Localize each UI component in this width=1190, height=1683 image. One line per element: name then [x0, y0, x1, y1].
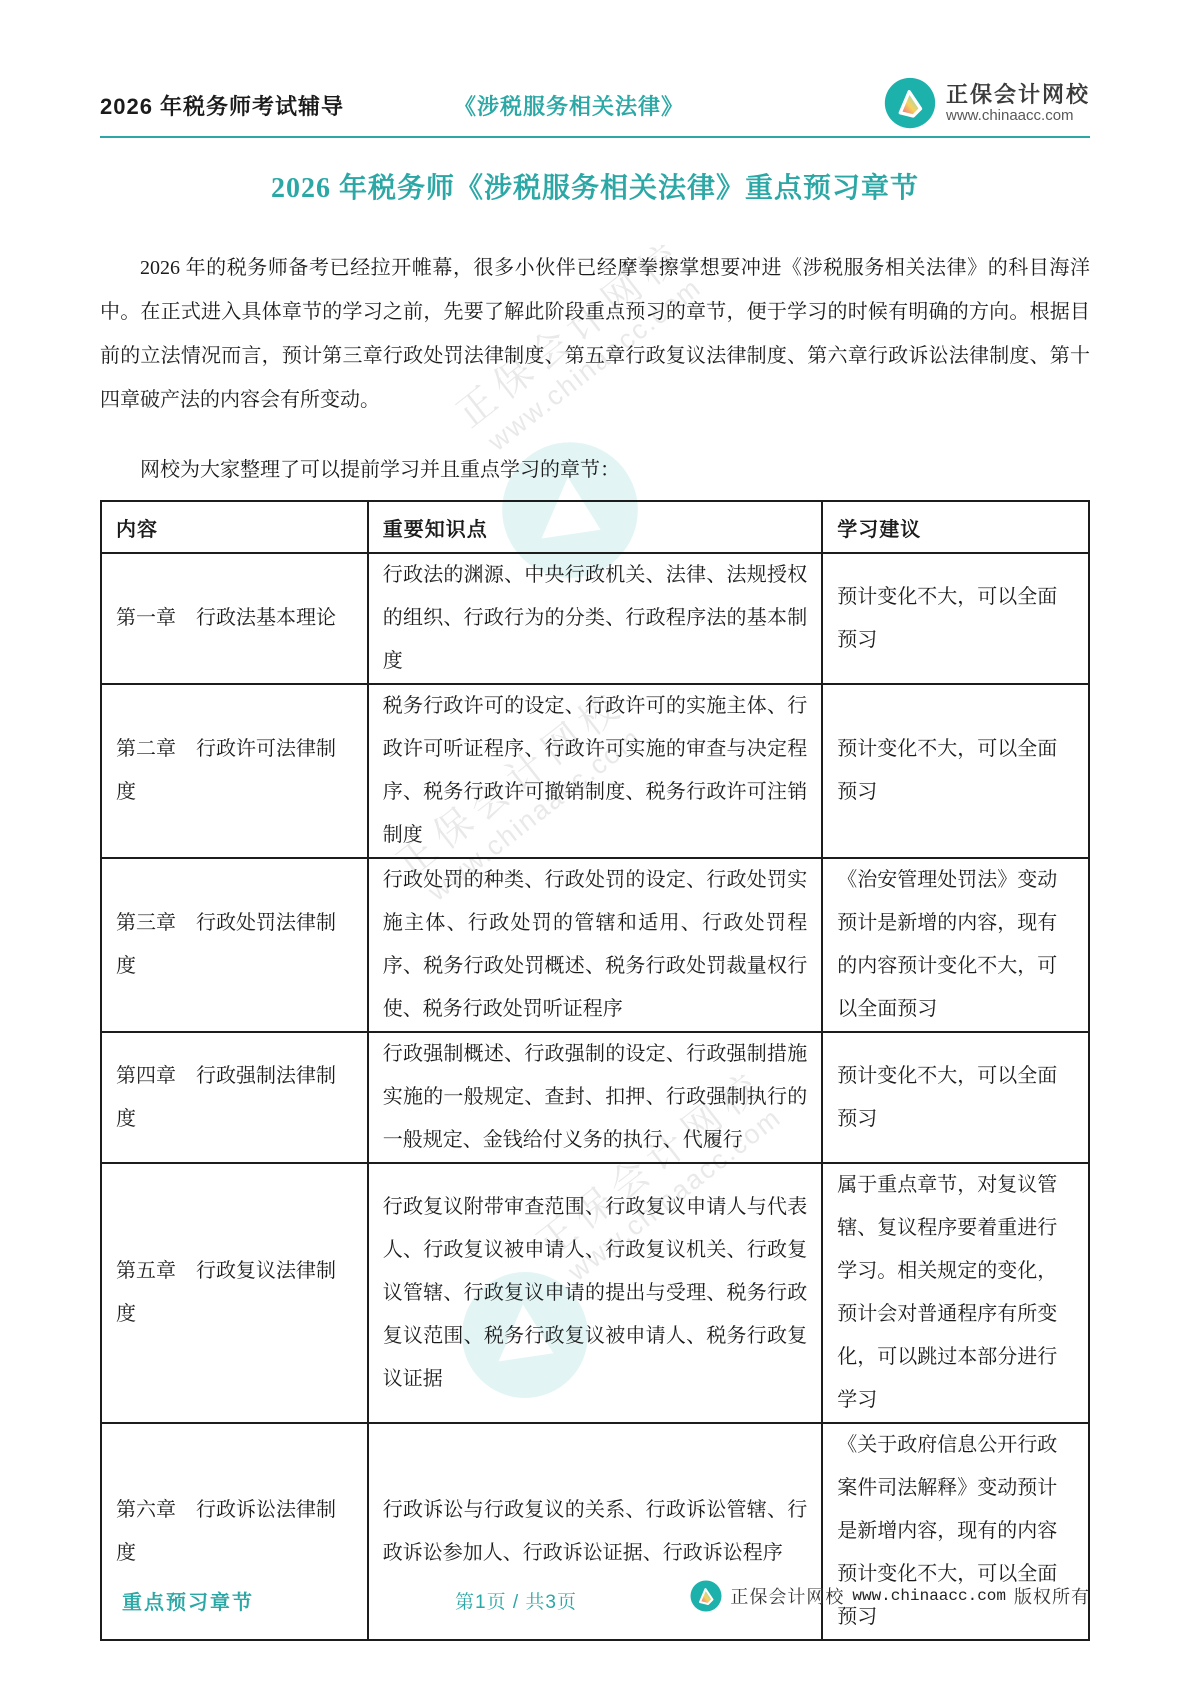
brand-name: 正保会计网校	[946, 82, 1090, 107]
advice-cell: 预计变化不大，可以全面预习	[822, 684, 1089, 858]
advice-cell: 预计变化不大，可以全面预习	[822, 1032, 1089, 1163]
brand-block: 正保会计网校 www.chinaacc.com	[884, 77, 1090, 133]
advice-cell: 属于重点章节，对复议管辖、复议程序要着重进行学习。相关规定的变化，预计会对普通程…	[822, 1163, 1089, 1423]
document-body: 2026 年的税务师备考已经拉开帷幕，很多小伙伴已经摩拳擦掌想要冲进《涉税服务相…	[100, 246, 1090, 1641]
footer-brand-url: www.chinaacc.com	[852, 1587, 1006, 1605]
col-header-points: 重要知识点	[368, 501, 822, 553]
chapter-cell: 第三章 行政处罚法律制度	[101, 858, 368, 1032]
points-cell: 税务行政许可的设定、行政许可的实施主体、行政许可听证程序、行政许可实施的审查与决…	[368, 684, 822, 858]
footer-brand-logo-icon	[690, 1580, 722, 1612]
table-row: 第二章 行政许可法律制度 税务行政许可的设定、行政许可的实施主体、行政许可听证程…	[101, 684, 1089, 858]
chapter-cell: 第二章 行政许可法律制度	[101, 684, 368, 858]
footer-copyright: 版权所有	[1014, 1583, 1090, 1609]
points-cell: 行政强制概述、行政强制的设定、行政强制措施实施的一般规定、查封、扣押、行政强制执…	[368, 1032, 822, 1163]
brand-logo-icon	[884, 77, 936, 129]
page-title: 2026 年税务师《涉税服务相关法律》重点预习章节	[100, 166, 1090, 206]
chapter-cell: 第四章 行政强制法律制度	[101, 1032, 368, 1163]
points-cell: 行政复议附带审查范围、行政复议申请人与代表人、行政复议被申请人、行政复议机关、行…	[368, 1163, 822, 1423]
course-label: 2026 年税务师考试辅导	[100, 90, 344, 121]
col-header-content: 内容	[101, 501, 368, 553]
page-header: 2026 年税务师考试辅导 《涉税服务相关法律》 正保会计网校 www.chin…	[100, 74, 1090, 138]
chapter-cell: 第一章 行政法基本理论	[101, 553, 368, 684]
brand-text: 正保会计网校 www.chinaacc.com	[946, 82, 1090, 125]
document-page: 正保会计网校 www.chinaacc.com 正保会计网校 www.china…	[0, 0, 1190, 1683]
footer-page-info: 第1页 / 共3页	[455, 1587, 577, 1614]
table-row: 第五章 行政复议法律制度 行政复议附带审查范围、行政复议申请人与代表人、行政复议…	[101, 1163, 1089, 1423]
footer-brand-name: 正保会计网校	[730, 1583, 844, 1609]
table-header-row: 内容 重要知识点 学习建议	[101, 501, 1089, 553]
table-row: 第一章 行政法基本理论 行政法的渊源、中央行政机关、法律、法规授权的组织、行政行…	[101, 553, 1089, 684]
chapters-table: 内容 重要知识点 学习建议 第一章 行政法基本理论 行政法的渊源、中央行政机关、…	[100, 500, 1090, 1641]
brand-url: www.chinaacc.com	[946, 107, 1090, 124]
chapter-cell: 第五章 行政复议法律制度	[101, 1163, 368, 1423]
advice-cell: 《治安管理处罚法》变动预计是新增的内容，现有的内容预计变化不大，可以全面预习	[822, 858, 1089, 1032]
table-row: 第三章 行政处罚法律制度 行政处罚的种类、行政处罚的设定、行政处罚实施主体、行政…	[101, 858, 1089, 1032]
points-cell: 行政处罚的种类、行政处罚的设定、行政处罚实施主体、行政处罚的管辖和适用、行政处罚…	[368, 858, 822, 1032]
table-row: 第四章 行政强制法律制度 行政强制概述、行政强制的设定、行政强制措施实施的一般规…	[101, 1032, 1089, 1163]
col-header-advice: 学习建议	[822, 501, 1089, 553]
subject-label: 《涉税服务相关法律》	[454, 90, 684, 121]
intro-paragraph: 2026 年的税务师备考已经拉开帷幕，很多小伙伴已经摩拳擦掌想要冲进《涉税服务相…	[100, 246, 1090, 422]
footer-brand-block: 正保会计网校 www.chinaacc.com 版权所有	[690, 1580, 1090, 1612]
leadin-paragraph: 网校为大家整理了可以提前学习并且重点学习的章节：	[100, 448, 1090, 492]
page-footer: 重点预习章节 第1页 / 共3页 正保会计网校 www.chinaacc.com…	[100, 1578, 1090, 1622]
footer-doc-label: 重点预习章节	[122, 1586, 254, 1615]
advice-cell: 预计变化不大，可以全面预习	[822, 553, 1089, 684]
points-cell: 行政法的渊源、中央行政机关、法律、法规授权的组织、行政行为的分类、行政程序法的基…	[368, 553, 822, 684]
